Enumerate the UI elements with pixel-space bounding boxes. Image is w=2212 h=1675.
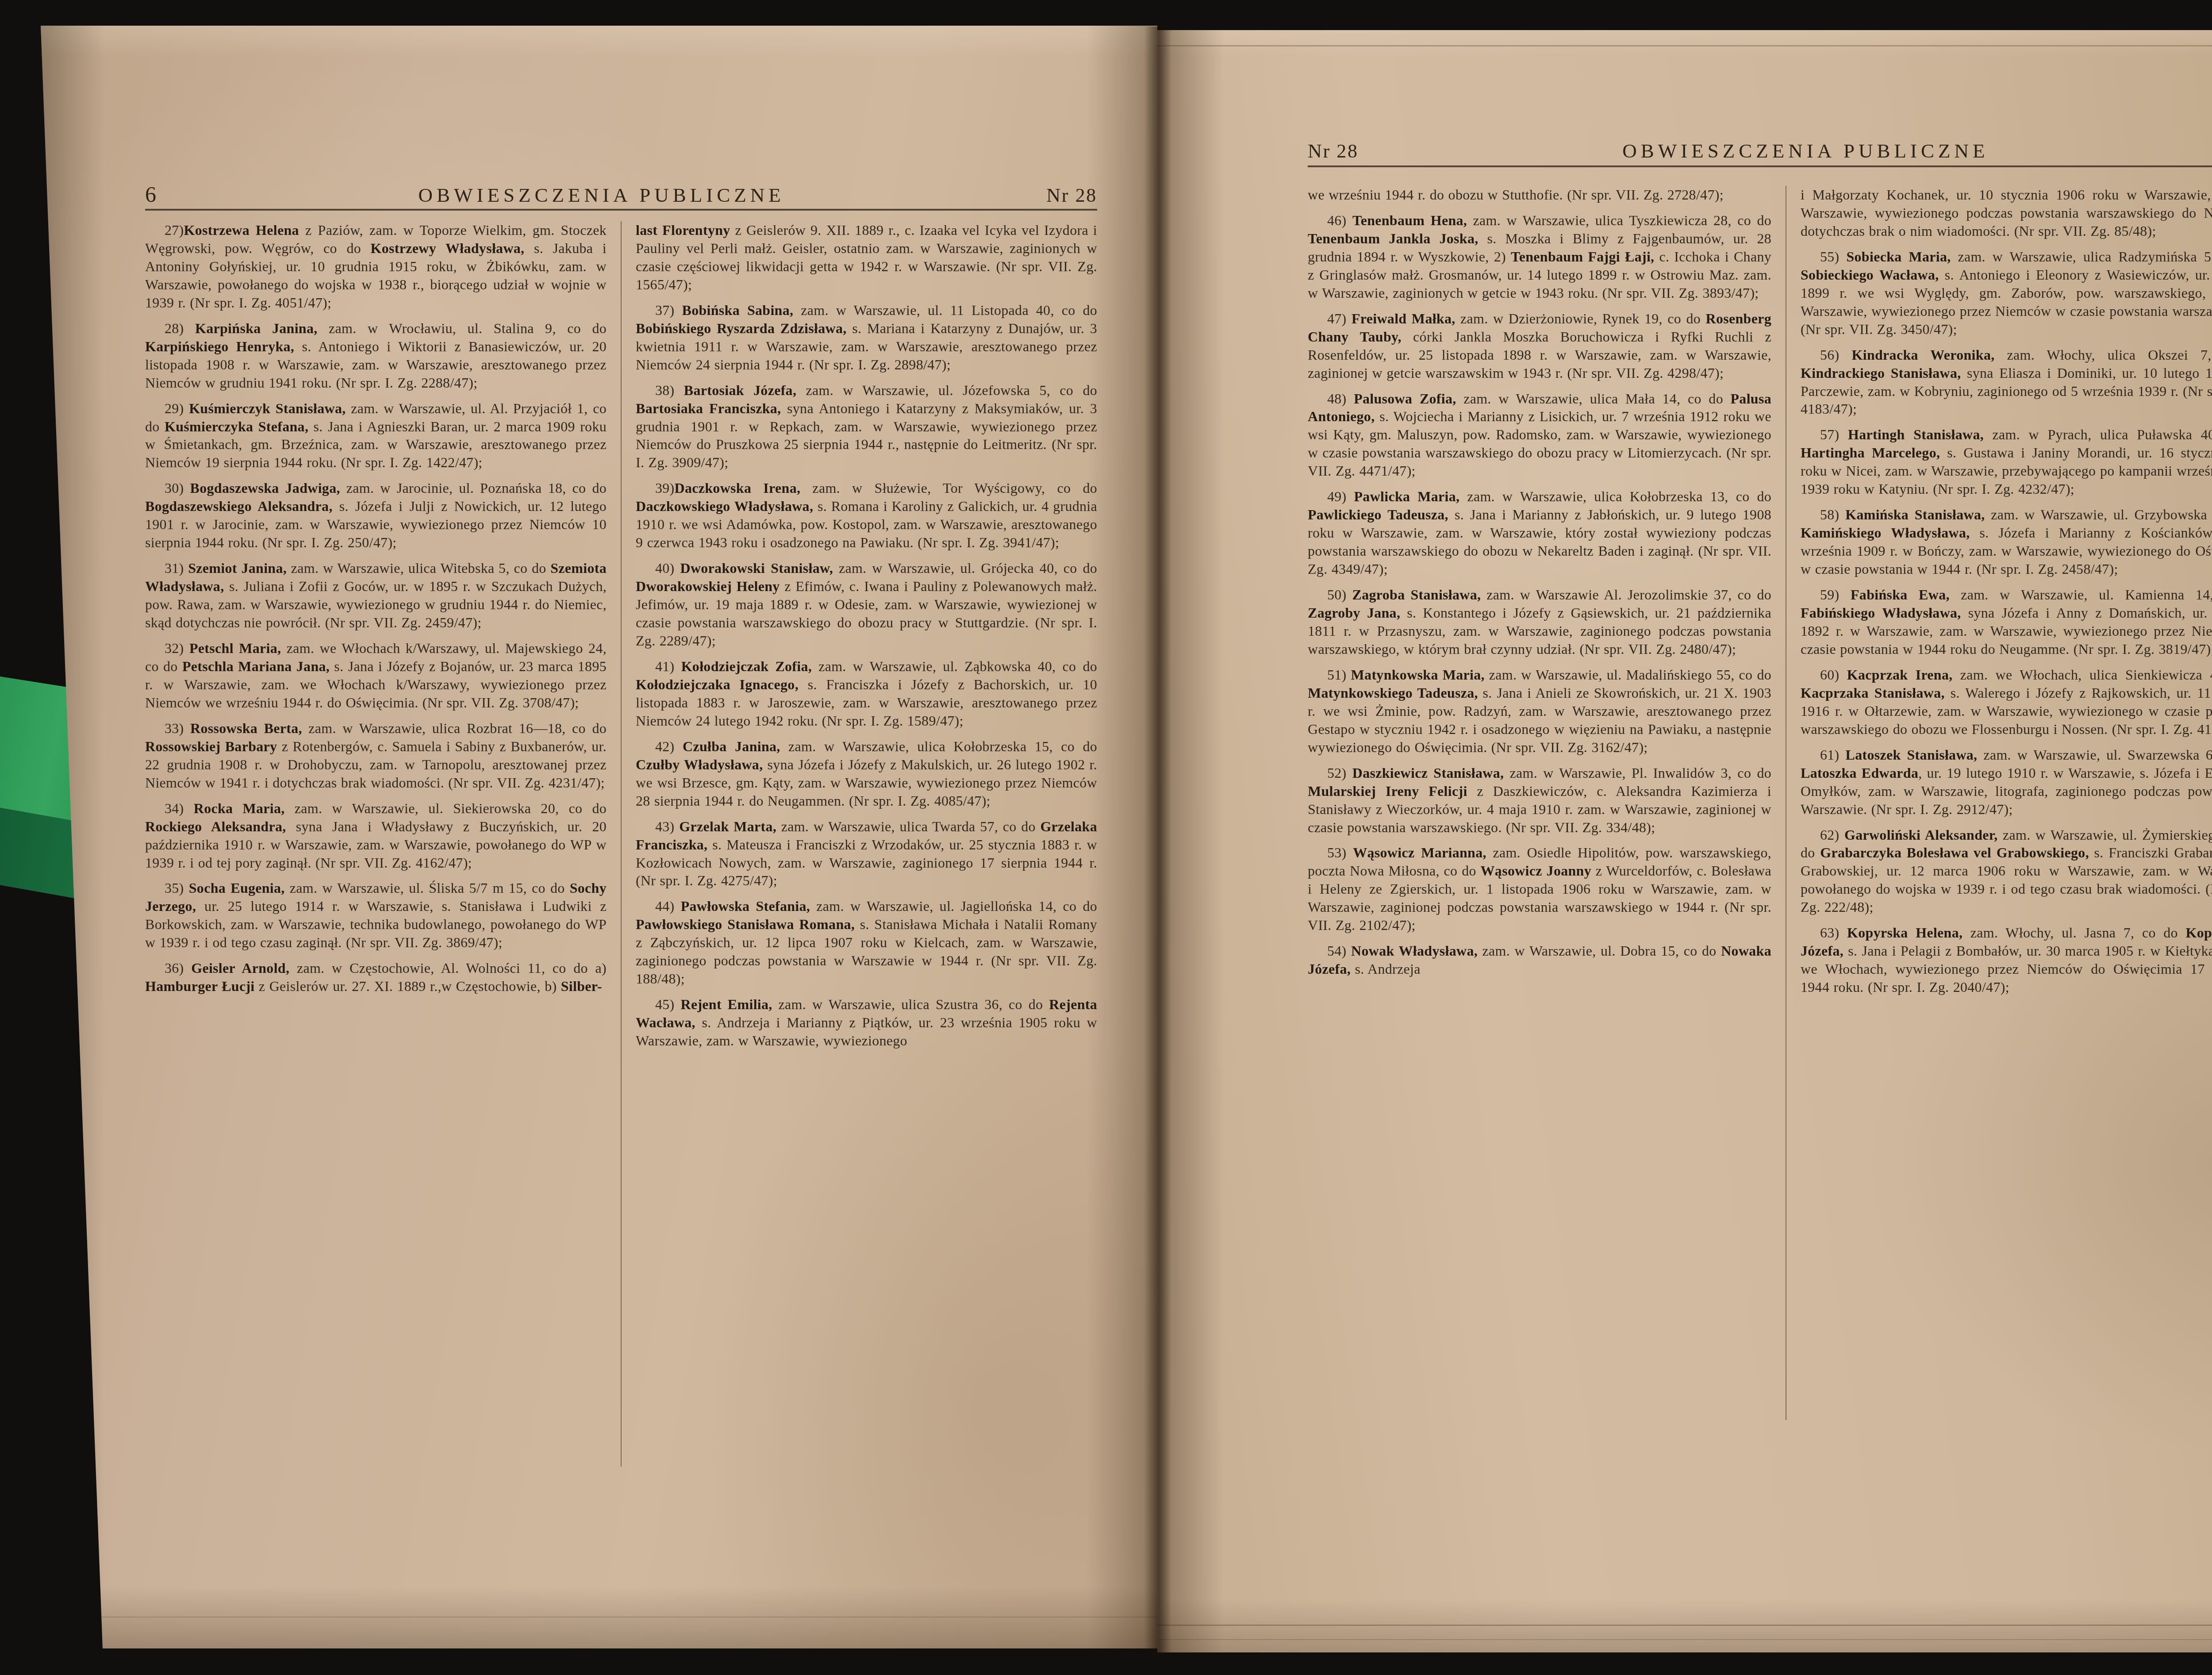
notice-entry: 53) Wąsowicz Marianna, zam. Osiedle Hipo… — [1308, 844, 1771, 934]
continuation-paragraph: last Florentyny z Geislerów 9. XII. 1889… — [636, 221, 1097, 294]
notice-entry: 32) Petschl Maria, zam. we Włochach k/Wa… — [145, 639, 607, 712]
notice-entry: 47) Freiwald Małka, zam. w Dzierżoniowie… — [1308, 310, 1771, 382]
issue-number: Nr 28 — [1308, 140, 1359, 162]
notice-entry: 30) Bogdaszewska Jadwiga, zam. w Jarocin… — [145, 479, 607, 552]
issue-number: Nr 28 — [1046, 184, 1097, 207]
notice-entry: 48) Palusowa Zofia, zam. w Warszawie, ul… — [1308, 390, 1771, 480]
continuation-paragraph: we wrześniu 1944 r. do obozu w Stutthofi… — [1308, 186, 1771, 204]
notice-entry: 33) Rossowska Berta, zam. w Warszawie, u… — [145, 719, 607, 792]
notice-entry: 49) Pawlicka Maria, zam. w Warszawie, ul… — [1308, 488, 1771, 578]
header-rule — [145, 209, 1097, 211]
notice-entry: 60) Kacprzak Irena, zam. we Włochach, ul… — [1801, 666, 2212, 738]
notice-entry: 29) Kuśmierczyk Stanisława, zam. w Warsz… — [145, 400, 607, 472]
notice-entry: 42) Czułba Janina, zam. w Warszawie, uli… — [636, 738, 1097, 810]
text-column: last Florentyny z Geislerów 9. XII. 1889… — [636, 221, 1097, 1467]
notice-entry: 27)Kostrzewa Helena z Paziów, zam. w Top… — [145, 221, 607, 312]
page-6: 6 OBWIESZCZENIA PUBLICZNE Nr 28 27)Kostr… — [38, 26, 1157, 1648]
top-crease — [1157, 45, 2212, 46]
notice-entry: 52) Daszkiewicz Stanisława, zam. w Warsz… — [1308, 764, 1771, 837]
notice-entry: 44) Pawłowska Stefania, zam. w Warszawie… — [636, 897, 1097, 988]
notice-entry: 63) Kopyrska Helena, zam. Włochy, ul. Ja… — [1801, 924, 2212, 996]
notice-entry: 54) Nowak Władysława, zam. w Warszawie, … — [1308, 942, 1771, 978]
journal-title: OBWIESZCZENIA PUBLICZNE — [419, 184, 785, 207]
page-stack-edge — [1157, 1639, 2212, 1640]
journal-title: OBWIESZCZENIA PUBLICZNE — [1622, 139, 1989, 162]
page-header: 6 OBWIESZCZENIA PUBLICZNE Nr 28 — [145, 181, 1097, 207]
bottom-crease — [1157, 1625, 2212, 1626]
text-columns: we wrześniu 1944 r. do obozu w Stutthofi… — [1308, 186, 2212, 1420]
page-header: Nr 28 OBWIESZCZENIA PUBLICZNE 7 — [1308, 137, 2212, 163]
column-divider — [621, 221, 622, 1467]
notice-entry: 56) Kindracka Weronika, zam. Włochy, uli… — [1801, 346, 2212, 419]
notice-entry: 41) Kołodziejczak Zofia, zam. w Warszawi… — [636, 657, 1097, 730]
bottom-crease — [38, 1617, 1157, 1617]
notice-entry: 58) Kamińska Stanisława, zam. w Warszawi… — [1801, 506, 2212, 578]
notice-entry: 43) Grzelak Marta, zam. w Warszawie, uli… — [636, 818, 1097, 890]
green-bookmark-shadow — [0, 806, 81, 899]
notice-entry: 40) Dworakowski Stanisław, zam. w Warsza… — [636, 559, 1097, 650]
notice-entry: 36) Geisler Arnold, zam. w Częstochowie,… — [145, 959, 607, 995]
text-column: 27)Kostrzewa Helena z Paziów, zam. w Top… — [145, 221, 607, 1467]
page-number: 6 — [145, 181, 157, 207]
notice-entry: 59) Fabińska Ewa, zam. w Warszawie, ul. … — [1801, 586, 2212, 658]
notice-entry: 35) Socha Eugenia, zam. w Warszawie, ul.… — [145, 879, 607, 952]
text-column: i Małgorzaty Kochanek, ur. 10 stycznia 1… — [1801, 186, 2212, 1420]
text-column: we wrześniu 1944 r. do obozu w Stutthofi… — [1308, 186, 1771, 1420]
header-rule — [1308, 165, 2212, 167]
notice-entry: 57) Hartingh Stanisława, zam. w Pyrach, … — [1801, 426, 2212, 498]
continuation-paragraph: i Małgorzaty Kochanek, ur. 10 stycznia 1… — [1801, 186, 2212, 240]
notice-entry: 37) Bobińska Sabina, zam. w Warszawie, u… — [636, 301, 1097, 374]
notice-entry: 45) Rejent Emilia, zam. w Warszawie, uli… — [636, 995, 1097, 1050]
notice-entry: 51) Matynkowska Maria, zam. w Warszawie,… — [1308, 666, 1771, 757]
notice-entry: 55) Sobiecka Maria, zam. w Warszawie, ul… — [1801, 248, 2212, 338]
text-columns: 27)Kostrzewa Helena z Paziów, zam. w Top… — [145, 221, 1097, 1467]
column-divider — [1786, 186, 1786, 1420]
notice-entry: 62) Garwoliński Aleksander, zam. w Warsz… — [1801, 826, 2212, 917]
notice-entry: 50) Zagroba Stanisława, zam. w Warszawie… — [1308, 586, 1771, 658]
notice-entry: 61) Latoszek Stanisława, zam. w Warszawi… — [1801, 746, 2212, 818]
notice-entry: 38) Bartosiak Józefa, zam. w Warszawie, … — [636, 381, 1097, 472]
photo-background: 6 OBWIESZCZENIA PUBLICZNE Nr 28 27)Kostr… — [0, 0, 2212, 1675]
page-7: Nr 28 OBWIESZCZENIA PUBLICZNE 7 we wrześ… — [1157, 30, 2212, 1652]
notice-entry: 31) Szemiot Janina, zam. w Warszawie, ul… — [145, 559, 607, 632]
notice-entry: 28) Karpińska Janina, zam. w Wrocławiu, … — [145, 319, 607, 392]
notice-entry: 46) Tenenbaum Hena, zam. w Warszawie, ul… — [1308, 211, 1771, 302]
notice-entry: 39)Daczkowska Irena, zam. w Służewie, To… — [636, 479, 1097, 552]
notice-entry: 34) Rocka Maria, zam. w Warszawie, ul. S… — [145, 799, 607, 872]
